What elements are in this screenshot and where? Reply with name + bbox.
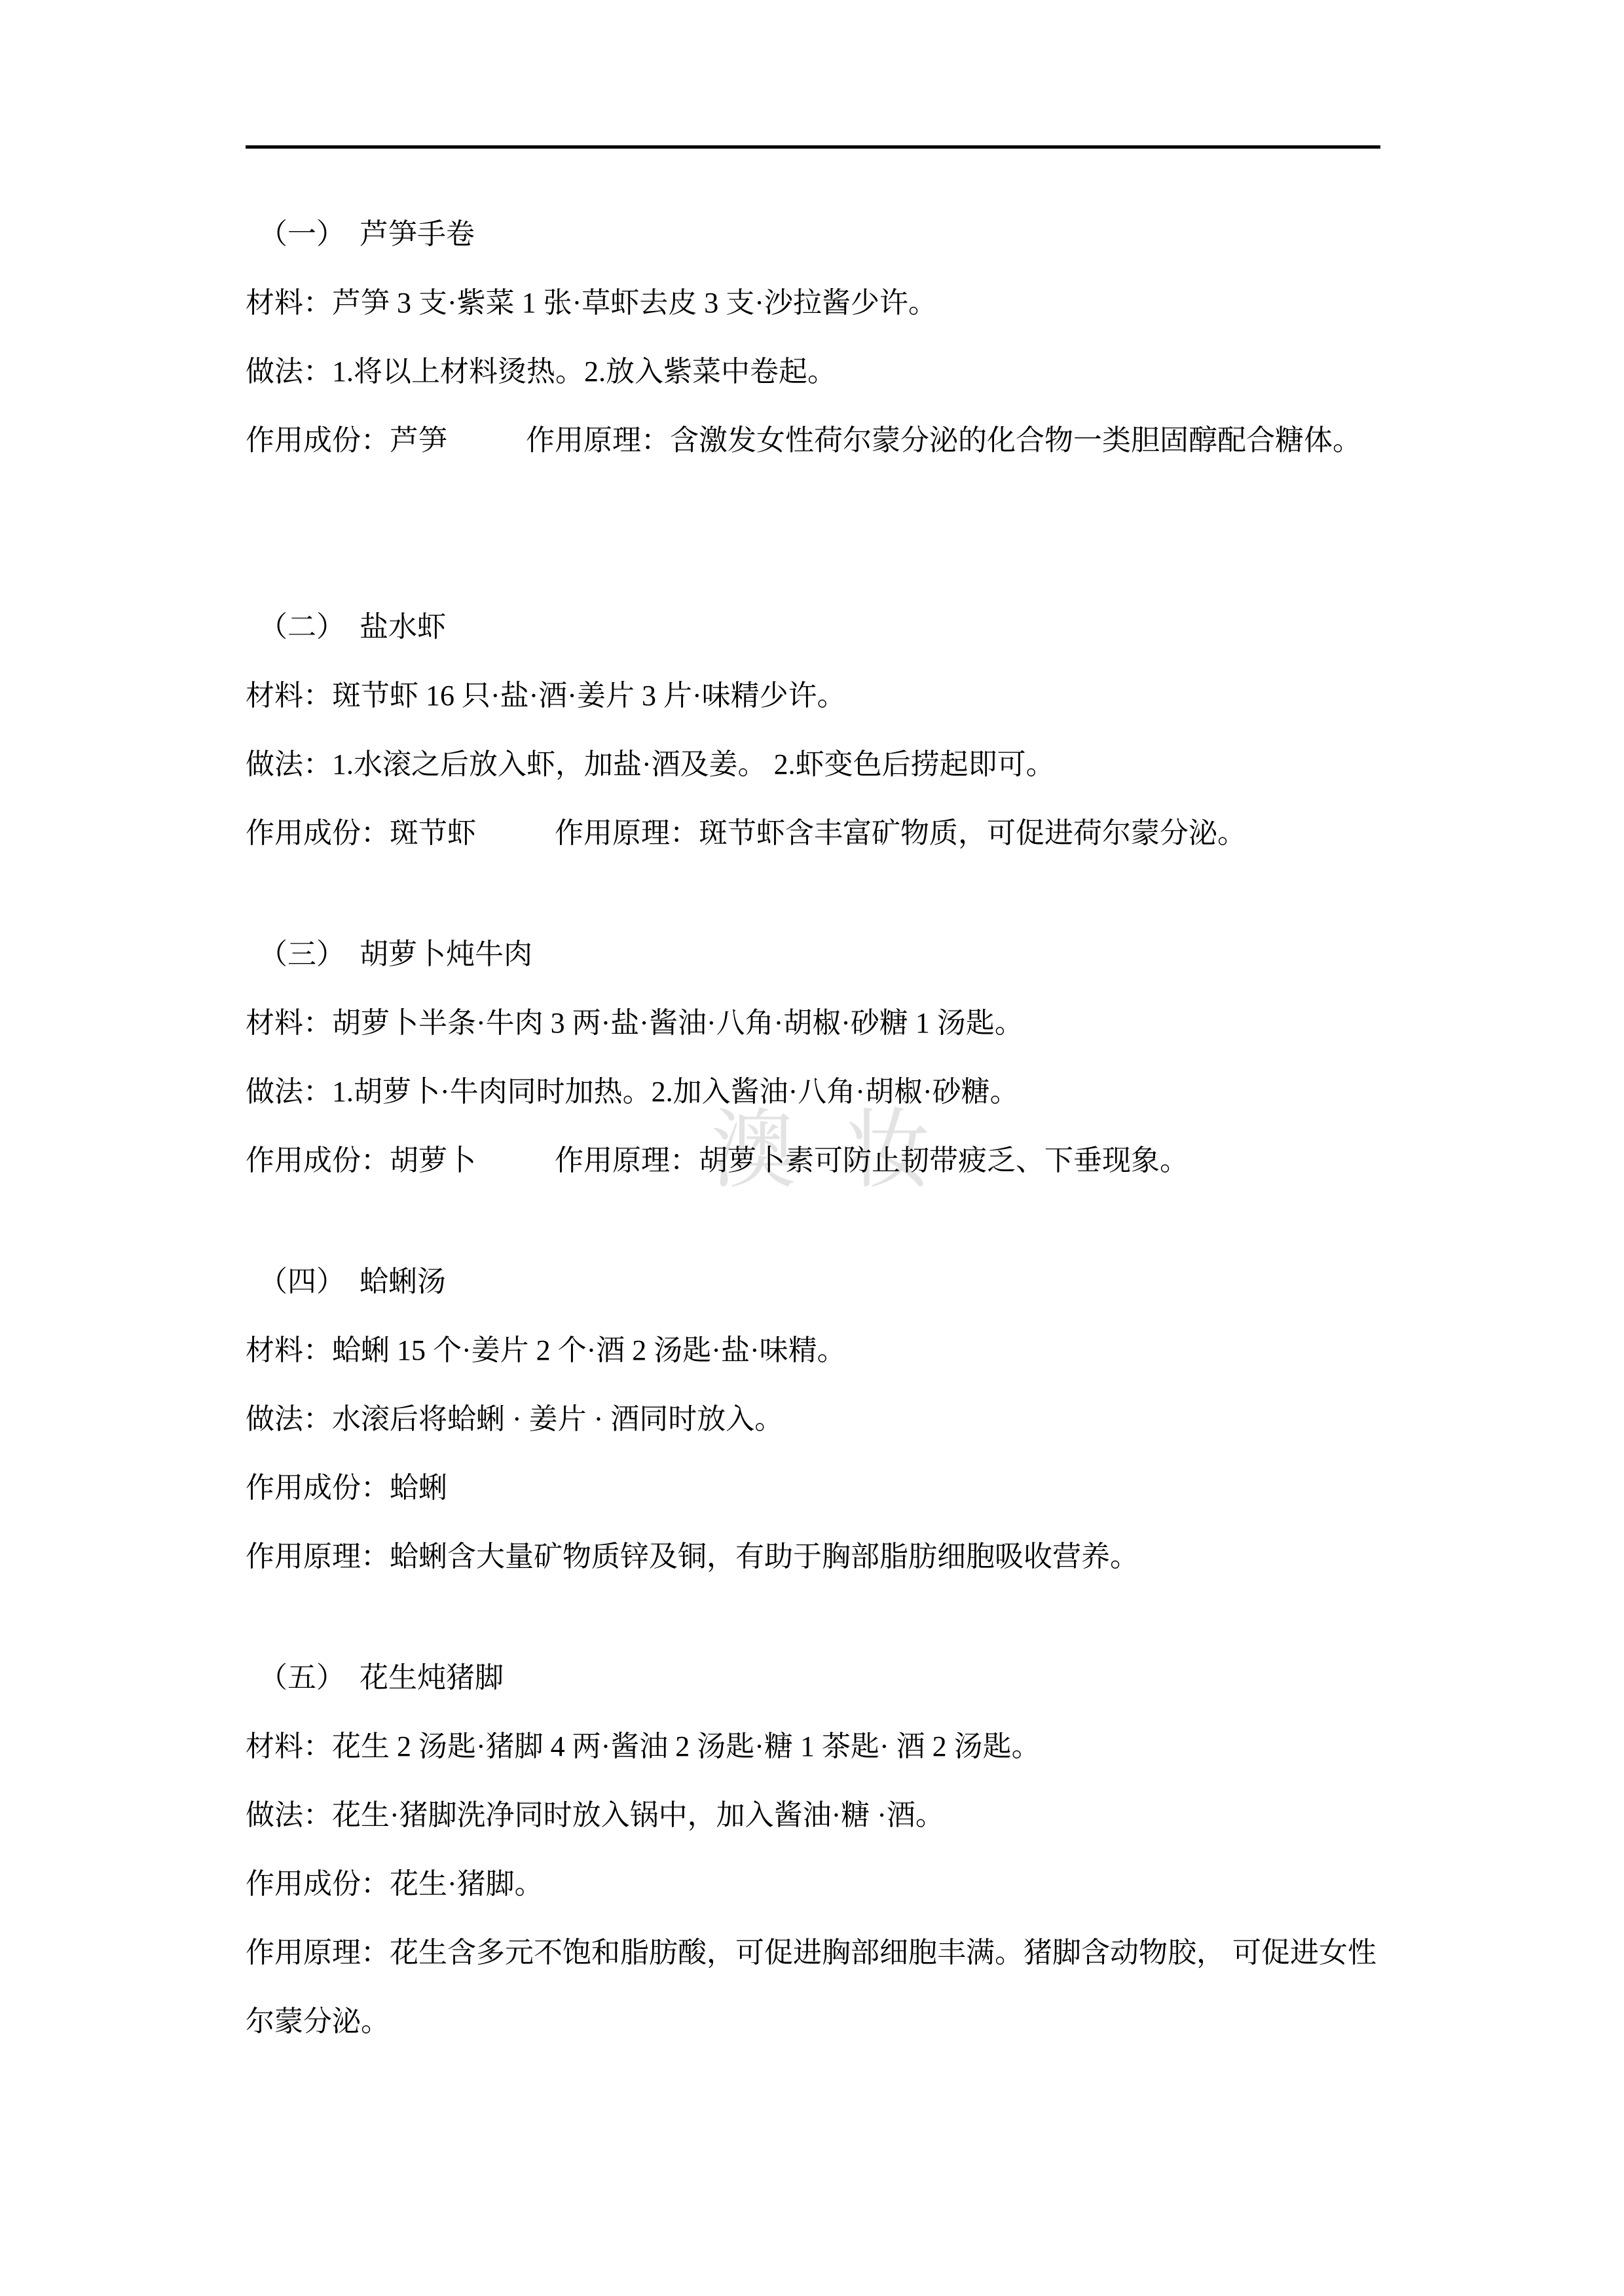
materials-line: 材料：胡萝卜半条·牛肉 3 两·盐·酱油·八角·胡椒·砂糖 1 汤匙。 bbox=[246, 989, 1380, 1057]
section-title: （三） 胡萝卜炖牛肉 bbox=[246, 920, 1380, 989]
principle-text: 作用原理：斑节虾含丰富矿物质，可促进荷尔蒙分泌。 bbox=[555, 817, 1246, 849]
section-title: （二） 盐水虾 bbox=[246, 592, 1380, 661]
section-title: （一） 芦笋手卷 bbox=[246, 200, 1380, 268]
section-title: （四） 蛤蜊汤 bbox=[246, 1247, 1380, 1316]
materials-line: 材料：芦笋 3 支·紫菜 1 张·草虾去皮 3 支·沙拉酱少许。 bbox=[246, 268, 1380, 337]
method-line: 做法：花生·猪脚洗净同时放入锅中，加入酱油·糖 ·酒。 bbox=[246, 1781, 1380, 1850]
principle-text: 作用原理：胡萝卜素可防止韧带疲乏、下垂现象。 bbox=[555, 1144, 1189, 1176]
ingredient-line: 作用成份：蛤蜊 bbox=[246, 1453, 1380, 1522]
method-line: 做法：1.水滚之后放入虾，加盐·酒及姜。 2.虾变色后捞起即可。 bbox=[246, 730, 1380, 799]
materials-line: 材料：花生 2 汤匙·猪脚 4 两·酱油 2 汤匙·糖 1 茶匙· 酒 2 汤匙… bbox=[246, 1712, 1380, 1781]
method-line: 做法：1.将以上材料烫热。2.放入紫菜中卷起。 bbox=[246, 337, 1380, 406]
document-content: （一） 芦笋手卷 材料：芦笋 3 支·紫菜 1 张·草虾去皮 3 支·沙拉酱少许… bbox=[246, 200, 1380, 2056]
ingredient-principle-line: 作用成份：胡萝卜作用原理：胡萝卜素可防止韧带疲乏、下垂现象。 bbox=[246, 1126, 1380, 1195]
materials-line: 材料：斑节虾 16 只·盐·酒·姜片 3 片·味精少许。 bbox=[246, 661, 1380, 730]
section-title: （五） 花生炖猪脚 bbox=[246, 1643, 1380, 1712]
ingredient-principle-line: 作用成份：芦笋作用原理：含激发女性荷尔蒙分泌的化合物一类胆固醇配合糖体。 bbox=[246, 406, 1380, 475]
ingredient-principle-line: 作用成份：斑节虾作用原理：斑节虾含丰富矿物质，可促进荷尔蒙分泌。 bbox=[246, 799, 1380, 867]
ingredient-line: 作用成份：花生·猪脚。 bbox=[246, 1850, 1380, 1918]
ingredient-text: 作用成份：芦笋 bbox=[246, 424, 447, 456]
materials-line: 材料：蛤蜊 15 个·姜片 2 个·酒 2 汤匙·盐·味精。 bbox=[246, 1316, 1380, 1385]
ingredient-text: 作用成份：斑节虾 bbox=[246, 817, 476, 849]
recipe-section-5: （五） 花生炖猪脚 材料：花生 2 汤匙·猪脚 4 两·酱油 2 汤匙·糖 1 … bbox=[246, 1643, 1380, 2056]
recipe-section-1: （一） 芦笋手卷 材料：芦笋 3 支·紫菜 1 张·草虾去皮 3 支·沙拉酱少许… bbox=[246, 200, 1380, 475]
recipe-section-4: （四） 蛤蜊汤 材料：蛤蜊 15 个·姜片 2 个·酒 2 汤匙·盐·味精。 做… bbox=[246, 1247, 1380, 1591]
principle-line: 作用原理：花生含多元不饱和脂肪酸，可促进胸部细胞丰满。猪脚含动物胶， 可促进女性 bbox=[246, 1918, 1380, 1987]
document-page: 澳妆 （一） 芦笋手卷 材料：芦笋 3 支·紫菜 1 张·草虾去皮 3 支·沙拉… bbox=[0, 0, 1624, 2296]
method-line: 做法：水滚后将蛤蜊 · 姜片 · 酒同时放入。 bbox=[246, 1385, 1380, 1453]
recipe-section-3: （三） 胡萝卜炖牛肉 材料：胡萝卜半条·牛肉 3 两·盐·酱油·八角·胡椒·砂糖… bbox=[246, 920, 1380, 1195]
recipe-section-2: （二） 盐水虾 材料：斑节虾 16 只·盐·酒·姜片 3 片·味精少许。 做法：… bbox=[246, 592, 1380, 867]
method-line: 做法：1.胡萝卜·牛肉同时加热。2.加入酱油·八角·胡椒·砂糖。 bbox=[246, 1057, 1380, 1126]
header-rule bbox=[246, 145, 1380, 149]
principle-line-continuation: 尔蒙分泌。 bbox=[246, 1987, 1380, 2056]
ingredient-text: 作用成份：胡萝卜 bbox=[246, 1144, 476, 1176]
principle-line: 作用原理：蛤蜊含大量矿物质锌及铜，有助于胸部脂肪细胞吸收营养。 bbox=[246, 1522, 1380, 1591]
principle-text: 作用原理：含激发女性荷尔蒙分泌的化合物一类胆固醇配合糖体。 bbox=[526, 424, 1361, 456]
